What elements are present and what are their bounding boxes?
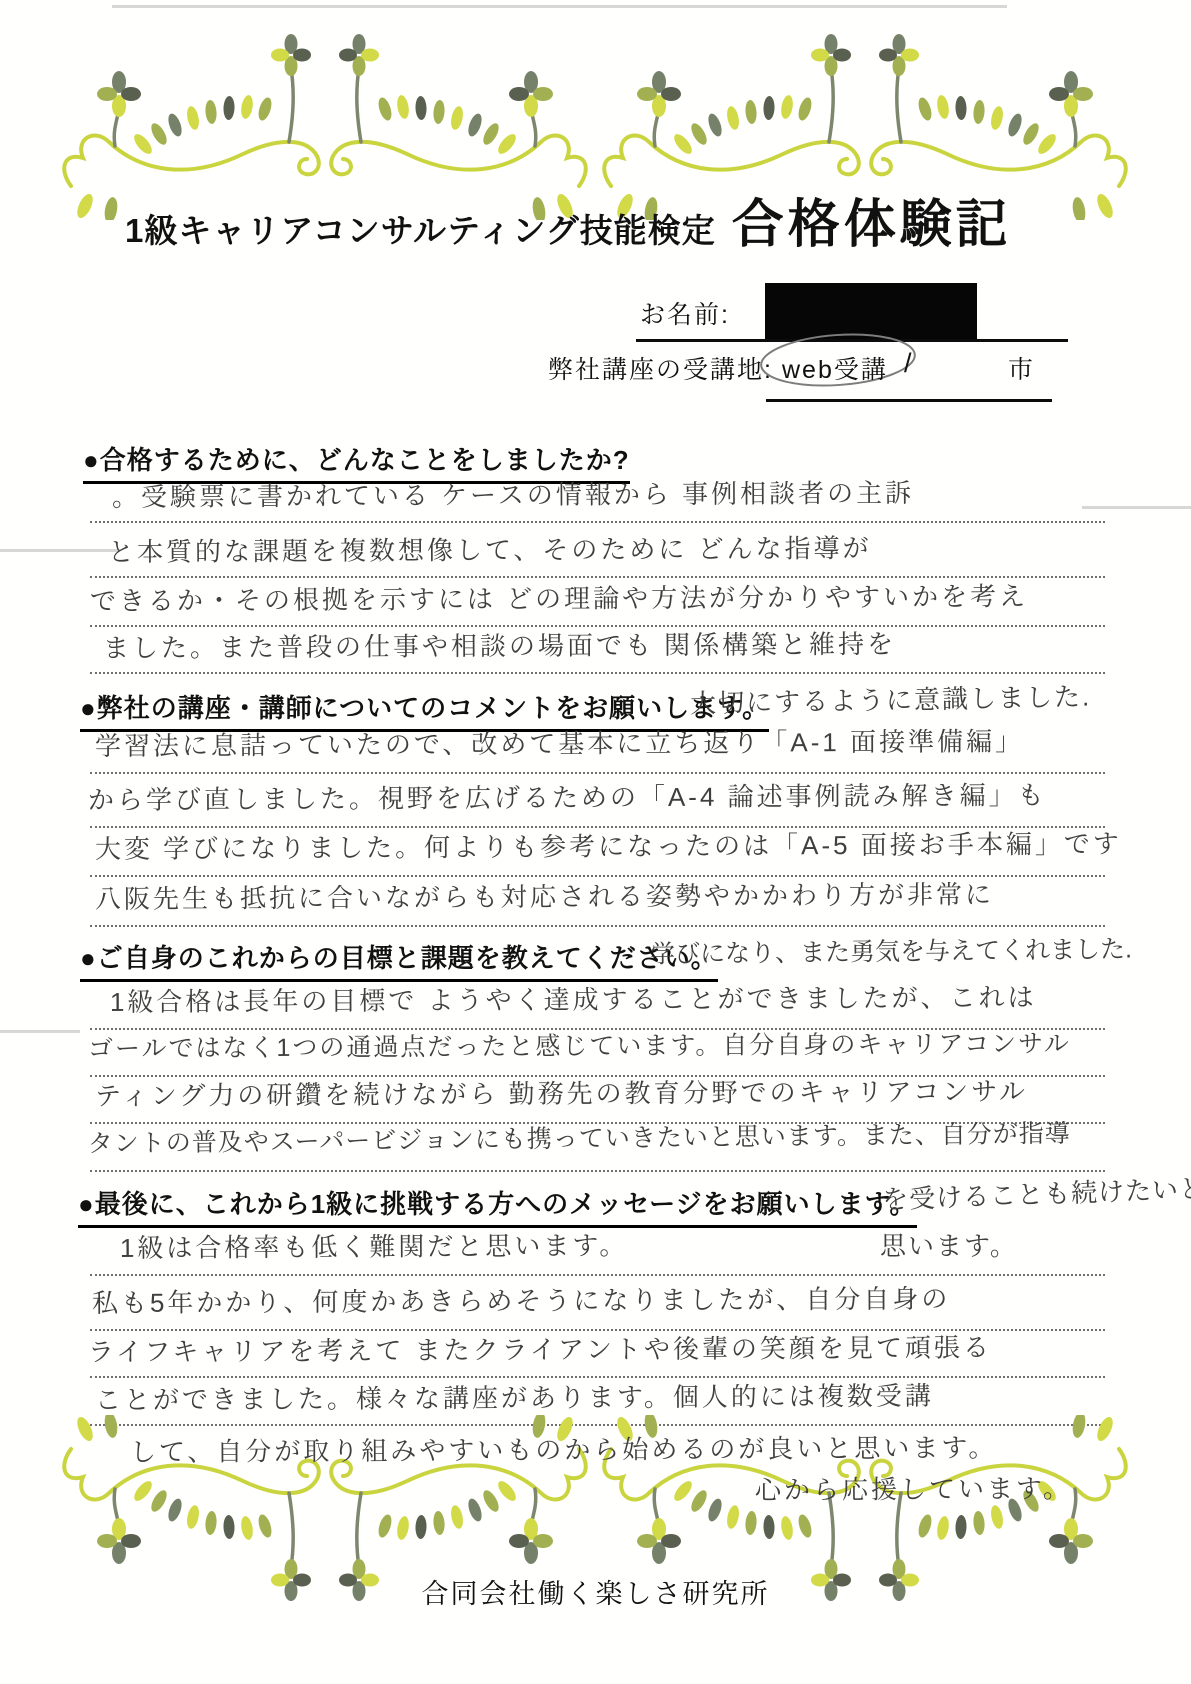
answer-rule (90, 1170, 1105, 1172)
answer-line: ライフキャリアを考えて またクライアントや後輩の笑顔を見て頑張る (88, 1327, 992, 1369)
answer-line: と本質的な課題を複数想像して、そのために どんな指導が (108, 528, 872, 569)
answer-line: 学習法に息詰っていたので、改めて基本に立ち返り「A-1 面接準備編」 (95, 721, 1024, 763)
answer-line: して、自分が取り組みやすいものから始めるのが良いと思います。 (130, 1427, 998, 1469)
answer-carryover-note: 学びになり、また勇気を与えてくれました. (650, 929, 1132, 970)
scan-artifact-top (112, 5, 1007, 8)
page-title: 1級キャリアコンサルティング技能検定 合格体験記 (125, 182, 1012, 257)
scanned-testimonial-page: 1級キャリアコンサルティング技能検定 合格体験記 お名前: 弊社講座の受講地: … (0, 0, 1191, 1684)
answer-line: 1級は合格率も低く難関だと思います。 (120, 1225, 629, 1265)
answer-carryover-note: 大切にするように意識しました. (690, 677, 1092, 721)
answer-line: できるか・その根拠を示すには どの理論や方法が分かりやすいかを考え (90, 576, 1028, 618)
location-suffix: 市 (1008, 350, 1035, 386)
answer-line: 私も5年かかり、何度かあきらめそうになりましたが、自分自身の (92, 1279, 951, 1320)
scan-artifact-left-2 (0, 1030, 80, 1033)
answer-rule (90, 1274, 1105, 1276)
answer-rule (90, 772, 1105, 774)
title-main: 合格体験記 (732, 182, 1012, 257)
answer-rule (90, 521, 1105, 523)
location-circled-value: web受講 (782, 350, 888, 386)
title-exam-name: 1級キャリアコンサルティング技能検定 (125, 205, 716, 252)
location-underline (766, 399, 1052, 402)
name-label: お名前: (640, 295, 730, 331)
answer-line: から学び直しました。視野を広げるための「A-4 論述事例読み解き編」も (88, 775, 1047, 817)
scan-artifact-left (0, 549, 118, 552)
answer-line: ました。また普段の仕事や相談の場面でも 関係構築と維持を (103, 624, 896, 665)
answer-line: 八阪先生も抵抗に合いながらも対応される姿勢やかかわり方が非常に (95, 874, 994, 916)
answer-line: ティング力の研鑽を続けながら 勤務先の教育分野でのキャリアコンサル (95, 1071, 1028, 1113)
answer-rule (90, 672, 1105, 674)
location-label: 弊社講座の受講地: (548, 350, 773, 386)
location-separator: / (904, 348, 914, 379)
answer-carryover-note-2: 思います。 (880, 1226, 1018, 1263)
answer-line: 1級合格は長年の目標で ようやく達成することができましたが、これは (110, 977, 1037, 1019)
scan-artifact-right (1082, 506, 1191, 509)
answer-line: ことができました。様々な講座があります。個人的には複数受講 (95, 1376, 934, 1417)
answer-carryover-note: を受けることも続けたいと (881, 1168, 1191, 1216)
section-heading-q3: ●ご自身のこれからの目標と課題を教えてください。 (80, 938, 718, 982)
answer-line: 。受験票に書かれている ケースの情報から 事例相談者の主訴 (112, 473, 914, 514)
answer-line: ゴールではなく1つの通過点だったと感じています。自分自身のキャリアコンサル (88, 1024, 1071, 1065)
answer-line: タントの普及やスーパービジョンにも携っていきたいと思います。また、自分が指導 (88, 1114, 1071, 1160)
answer-rule (90, 925, 1105, 927)
answer-line: 心から応援しています。 (755, 1468, 1072, 1507)
section-heading-q4: ●最後に、これから1級に挑戦する方へのメッセージをお願いします。 (78, 1184, 917, 1228)
answer-line: 大変 学びになりました。何よりも参考になったのは「A-5 面接お手本編」です (95, 824, 1122, 866)
